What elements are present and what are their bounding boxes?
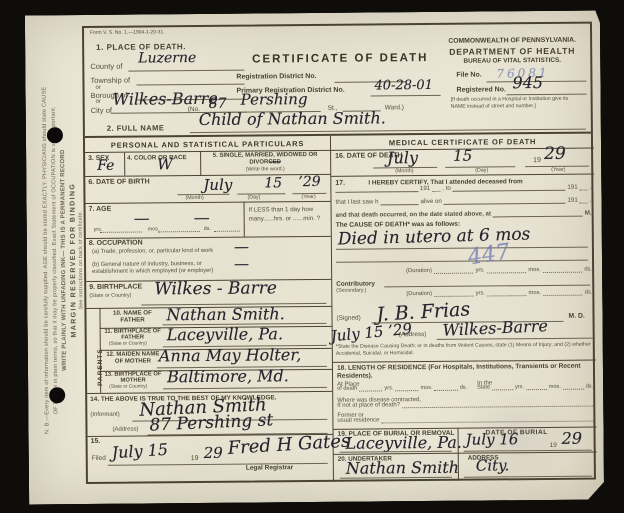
certify-from-line: 191, to191, — [335, 184, 591, 193]
age-mos-value: — — [194, 208, 210, 227]
sex-value: Fe — [97, 158, 114, 174]
residence-state-line: Stateyrs.mos.ds. — [477, 384, 593, 391]
signed-address-label: (Address) — [399, 331, 427, 338]
dod-month: July — [387, 148, 418, 167]
file-no-label: File No. — [456, 72, 481, 79]
filed-section-number: 15. — [91, 438, 101, 445]
death-occurred-line: and that death occurred, on the date sta… — [336, 210, 592, 219]
township-label: Township of — [90, 76, 130, 85]
filed-label: Filed — [92, 455, 106, 462]
signed-label: (Signed) — [337, 315, 361, 322]
form-number: Form V. S. No. 1.—1904-1-20-31. — [90, 29, 165, 36]
cause-code-pencil: 447 — [466, 240, 511, 271]
dob-year: ’29 — [298, 174, 320, 190]
registration-district-label: Registration District No. — [236, 73, 316, 81]
county-value: Luzerne — [138, 50, 196, 67]
dob-day: 15 — [264, 175, 282, 191]
mother-birthplace-value: Baltimore, Md. — [167, 366, 289, 386]
registered-no-label: Registered No. — [457, 86, 506, 93]
dod-day: 15 — [453, 147, 472, 165]
dob-year-hint: (Year) — [301, 194, 315, 200]
dob-month-hint: (Month) — [185, 195, 203, 201]
registered-no-value: 945 — [512, 73, 543, 92]
or-label-2: or — [96, 99, 101, 105]
age-mos-unit: mos. — [148, 226, 160, 232]
dod-year-value: 29 — [544, 144, 566, 164]
filed-date-value: July 15 — [111, 440, 168, 462]
county-label: County of — [90, 62, 122, 71]
city-value: Wilkes-Barre — [113, 89, 218, 109]
age-yrs-value: — — [134, 208, 150, 227]
fullname-label: 2. FULL NAME — [107, 123, 165, 133]
undertaker-value: Nathan Smith — [346, 458, 459, 478]
dod-year-hint: (Year) — [551, 167, 565, 173]
contracted-line: If not at place of death? — [337, 401, 593, 409]
dob-day-hint: (Day) — [247, 194, 260, 200]
marital-label: 5. SINGLE, MARRIED, WIDOWED OR DIVORCED — [202, 152, 328, 167]
burial-year-print: 19 — [550, 442, 557, 449]
occupation-label: 8. OCCUPATION — [89, 239, 143, 246]
ward-label: Ward.) — [385, 104, 404, 111]
cause-footnote: *State the Disease Causing Death; or in … — [336, 342, 594, 358]
department-line: DEPARTMENT OF HEALTH — [436, 46, 588, 57]
registrar-title: Legal Registrar — [246, 464, 293, 471]
punch-hole-bottom — [49, 387, 65, 403]
margin-note-nb: N. B.—Every item of information should b… — [41, 25, 51, 495]
father-name-value: Nathan Smith. — [166, 304, 284, 324]
duration-line-2: (Duration)yrs.mos.ds. — [336, 290, 592, 298]
informant-address-label: (Address) — [112, 427, 138, 433]
father-birthplace-label: 11. BIRTHPLACE OF FATHER — [104, 328, 162, 341]
certificate-form: Form V. S. No. 1.—1904-1-20-31. 1. PLACE… — [82, 22, 596, 484]
street-name-value: Pershing — [241, 90, 308, 109]
dod-day-hint: (Day) — [475, 167, 488, 173]
primary-registration-value: 40-28-01 — [374, 78, 433, 94]
mother-maiden-name-value: Anna May Holter, — [159, 345, 302, 365]
personal-section-title: PERSONAL AND STATISTICAL PARTICULARS — [85, 136, 330, 153]
filed-year-print: 19 — [191, 455, 199, 462]
birthplace-value: Wilkes - Barre — [154, 278, 277, 299]
punch-hole-top — [47, 127, 63, 143]
undertaker-address-value: City. — [476, 456, 510, 474]
occupation-b-label: (b) General nature of industry, business… — [92, 261, 232, 276]
father-birthplace-value: Laceyville, Pa. — [167, 324, 284, 344]
father-birthplace-hint: (State or Country) — [109, 341, 147, 346]
duration-line-1: (Duration)yrs.mos.ds. — [336, 267, 592, 275]
occupation-b-value: — — [234, 255, 249, 273]
mother-birthplace-hint: (State or Country) — [109, 384, 147, 389]
dod-month-hint: (Month) — [395, 168, 413, 174]
hospital-note: [If death occurred in a Hospital or Inst… — [451, 96, 571, 110]
bureau-line: BUREAU OF VITAL STATISTICS. — [436, 57, 588, 65]
burial-year-value: 29 — [562, 429, 583, 448]
residence-place-line: of deathyrs.mos.ds. — [337, 385, 467, 392]
certificate-title: CERTIFICATE OF DEATH — [234, 52, 446, 66]
age-label: 7. AGE — [89, 206, 112, 213]
md-label: M. D. — [568, 313, 584, 320]
last-saw-line: that I last saw halive on191, — [335, 197, 591, 206]
birthplace-label: 9. BIRTHPLACE — [89, 284, 142, 291]
mother-maiden-name-label: 12. MAIDEN NAME OF MOTHER — [104, 351, 162, 365]
dob-month: July — [203, 176, 232, 194]
filed-year-value: 29 — [204, 444, 223, 462]
occupation-a-value: — — [234, 238, 249, 256]
margin-note-write-plainly: WRITE PLAINLY WITH UNFADING INK— THIS IS… — [59, 25, 69, 495]
father-name-label: 10. NAME OF FATHER — [103, 309, 161, 324]
mother-birthplace-label: 13. BIRTHPLACE OF MOTHER — [104, 371, 162, 384]
birthplace-hint: (State or Country) — [89, 293, 131, 299]
fullname-value: Child of Nathan Smith. — [199, 108, 386, 129]
city-label: City of — [91, 106, 112, 115]
commonwealth-line: COMMONWEALTH OF PENNSYLVANIA. — [436, 37, 588, 45]
age-yrs-unit: yrs. — [94, 227, 103, 233]
margin-note-cause: OF DEATH in plain terms, so that it may … — [50, 25, 60, 495]
dob-label: 6. DATE OF BIRTH — [88, 178, 149, 186]
dod-year-print: 19 — [533, 157, 541, 164]
race-value: W — [157, 155, 173, 173]
age-ds-unit: ds. — [204, 226, 211, 232]
age-less-note: If LESS than 1 day how many......hrs. or… — [249, 206, 325, 224]
occupation-a-label: (a) Trade, profession, or, particular ki… — [92, 248, 224, 256]
marital-hint: (Write the word.) — [202, 166, 328, 173]
informant-label: (Informant) — [90, 412, 119, 418]
certificate-paper: N. B.—Every item of information should b… — [25, 11, 604, 505]
burial-date-value: July 16 — [466, 430, 519, 448]
residence-label: 18. LENGTH OF RESIDENCE (For Hospitals, … — [337, 363, 593, 381]
former-residence-line: usual residence — [337, 416, 593, 424]
